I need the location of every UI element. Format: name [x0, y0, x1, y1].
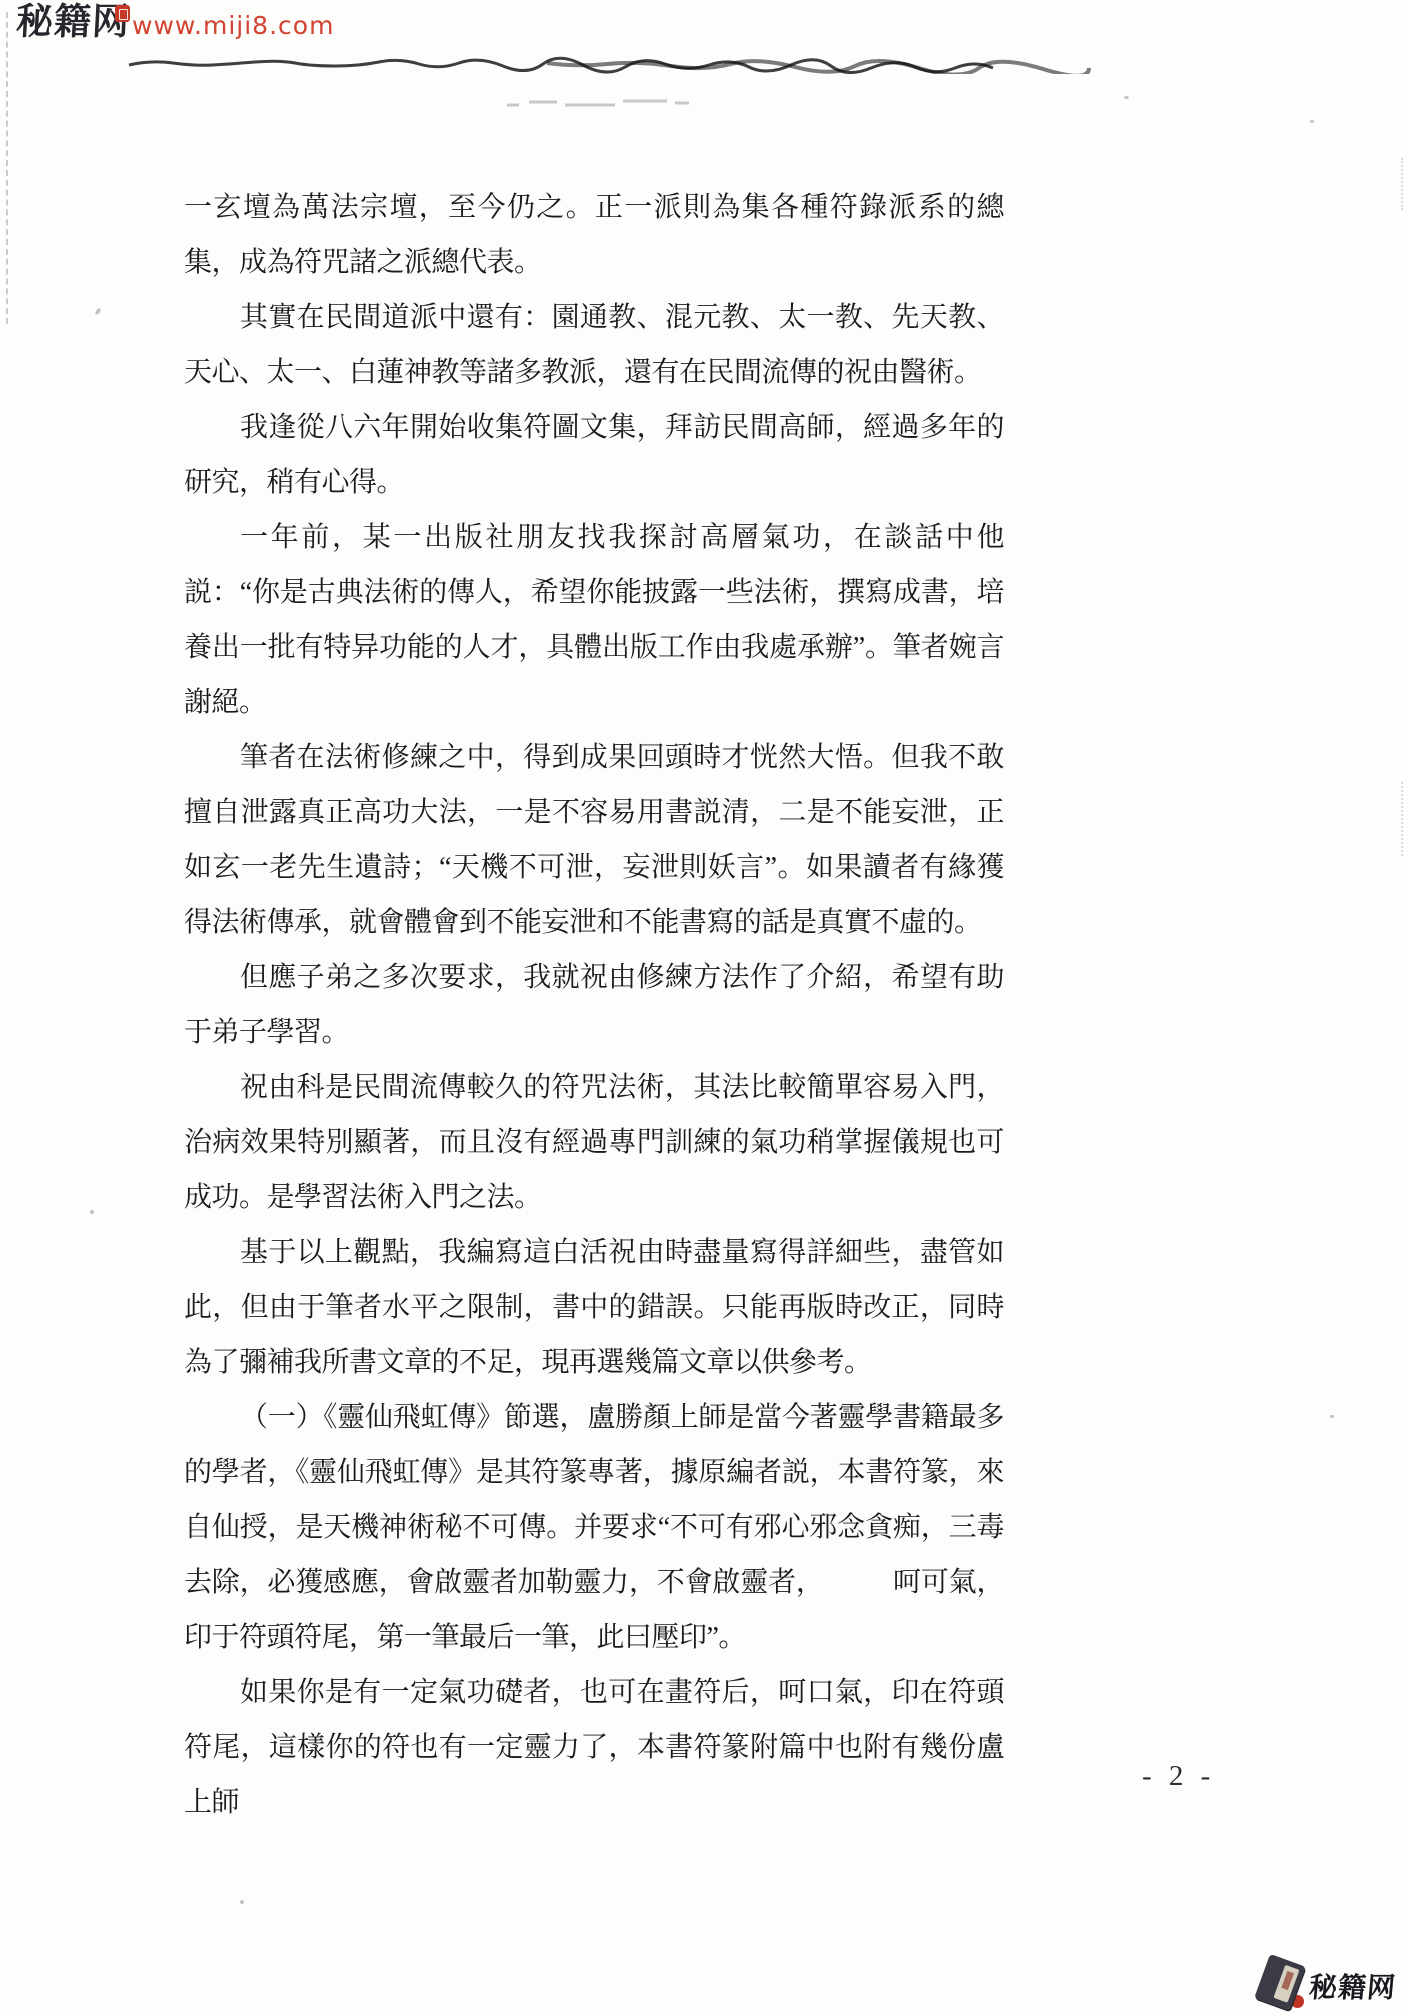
site-url-text: www.miji8.com: [132, 11, 334, 40]
scan-edge-artifact: [6, 12, 8, 324]
paragraph: 我逢從八六年開始收集符圖文集，拜訪民間高師，經過多年的研究，稍有心得。: [184, 400, 1004, 510]
scan-smudge-mark: [505, 92, 695, 112]
paragraph: 筆者在法術修練之中，得到成果回頭時才恍然大悟。但我不敢擅自泄露真正高功大法，一是…: [184, 730, 1004, 950]
scan-edge-artifact: [1401, 782, 1403, 856]
paragraph: 但應子弟之多次要求，我就祝由修練方法作了介紹，希望有助于弟子學習。: [184, 950, 1004, 1060]
paragraph: 一年前，某一出版社朋友找我探討高層氣功，在談話中他説：“你是古典法術的傳人，希望…: [184, 510, 1004, 730]
watermark-site-name: 秘籍网: [1307, 1964, 1398, 2012]
scan-divider-line: [127, 54, 1169, 74]
scanned-document-page: 秘籍网 www.miji8.com 一玄壇為萬法宗壇，至今仍之。正一派則為集各種…: [0, 0, 1408, 2016]
document-body: 一玄壇為萬法宗壇，至今仍之。正一派則為集各種符錄派系的總集，成為符咒諸之派總代表…: [184, 180, 1004, 1830]
scan-speck: [94, 307, 101, 315]
paragraph: （一）《靈仙飛虹傳》節選，盧勝顏上師是當今著靈學書籍最多的學者，《靈仙飛虹傳》是…: [184, 1390, 1004, 1665]
scan-speck: [1330, 1415, 1334, 1418]
footer-watermark: 秘籍网: [1261, 1954, 1396, 2012]
paragraph: 其實在民間道派中還有：園通教、混元教、太一教、先天教、天心、太一、白蓮神教等諸多…: [184, 290, 1004, 400]
scan-edge-artifact: [1401, 158, 1403, 210]
scan-speck: [1310, 120, 1314, 123]
site-logo-text: 秘籍网: [15, 2, 131, 42]
scan-speck: [240, 1900, 244, 1904]
page-number: - 2 -: [1142, 1760, 1215, 1793]
paragraph: 如果你是有一定氣功礎者，也可在畫符后，呵口氣，印在符頭符尾，這樣你的符也有一定靈…: [184, 1665, 1004, 1830]
paragraph: 基于以上觀點，我編寫這白活祝由時盡量寫得詳細些，盡管如此，但由于筆者水平之限制，…: [184, 1225, 1004, 1390]
scan-speck: [1124, 96, 1129, 99]
scan-speck: [90, 1210, 94, 1214]
paragraph: 祝由科是民間流傳較久的符咒法術，其法比較簡單容易入門，治病效果特別顯著，而且沒有…: [184, 1060, 1004, 1225]
red-seal-icon: [115, 5, 130, 22]
paragraph: 一玄壇為萬法宗壇，至今仍之。正一派則為集各種符錄派系的總集，成為符咒諸之派總代表…: [184, 180, 1004, 290]
